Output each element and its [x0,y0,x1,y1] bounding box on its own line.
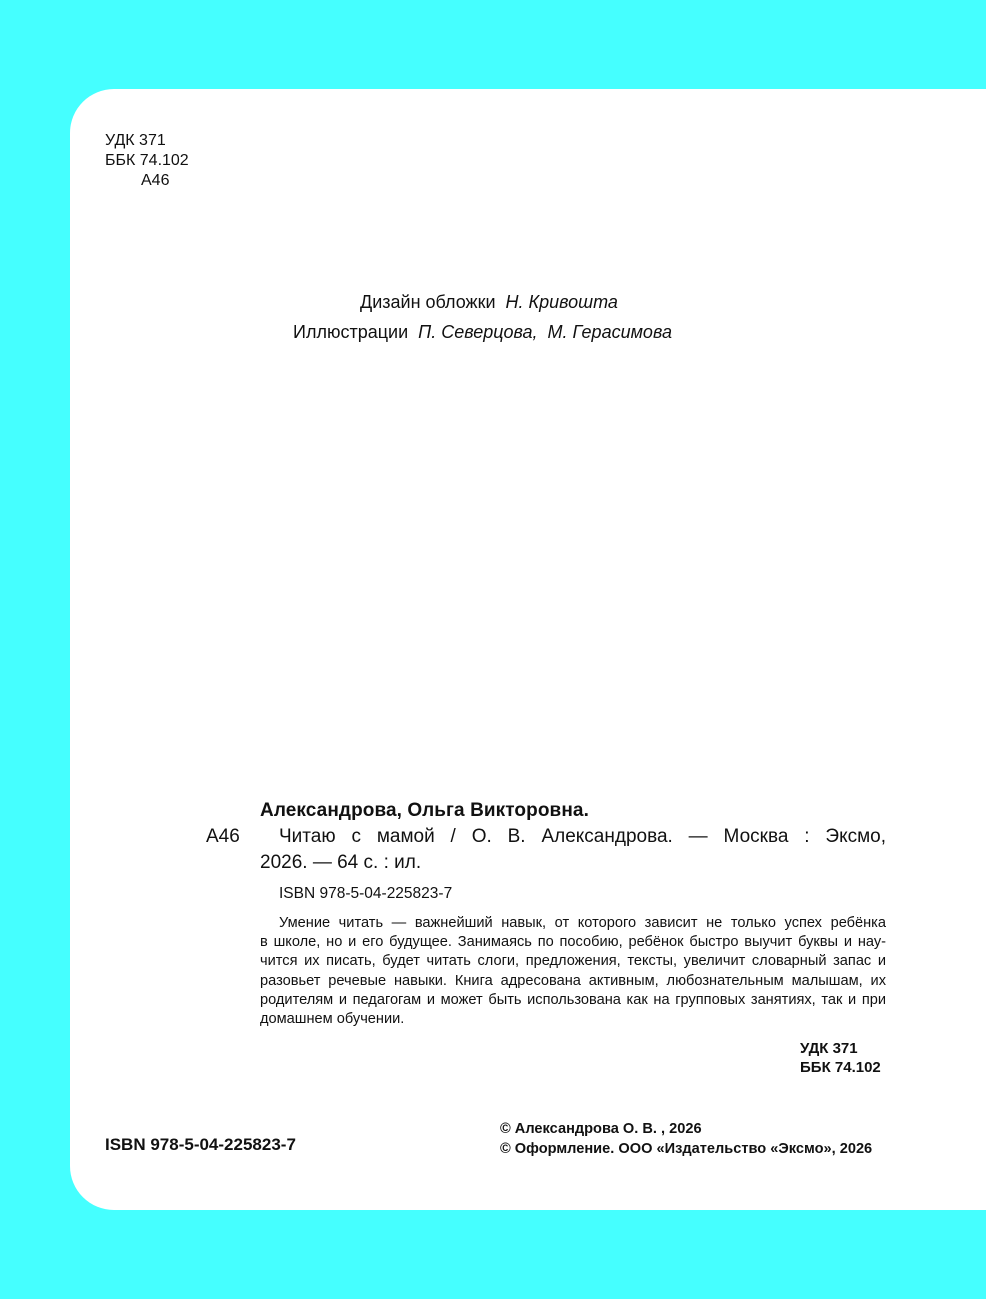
card-classification: УДК 371 ББК 74.102 [800,1039,881,1077]
cover-designer: Н. Кривошта [506,292,618,312]
annotation-line: Умение читать — важнейший навык, от кото… [260,914,886,933]
card-annotation: Умение читать — важнейший навык, от кото… [260,914,886,1029]
card-udk: УДК 371 [800,1039,881,1058]
footer-isbn: ISBN 978-5-04-225823-7 [105,1134,296,1156]
card-author: Александрова, Ольга Викторовна. [260,798,589,824]
bbk-code: ББК 74.102 [105,151,189,171]
annotation-line: родителям и педагогам и может быть испол… [260,991,886,1010]
card-publication-line: 2026. — 64 с. : ил. [260,850,421,876]
illustrations-credit: Иллюстрации П. Северцова, М. Герасимова [293,317,672,347]
card-author-sign: А46 [206,824,240,850]
annotation-line: разовьет речевые навыки. Книга адресован… [260,972,886,991]
copyright-design: © Оформление. ООО «Издательство «Эксмо»,… [500,1139,872,1159]
annotation-line: в школе, но и его будущее. Занимаясь по … [260,933,886,952]
card-bbk: ББК 74.102 [800,1058,881,1077]
udk-code: УДК 371 [105,131,189,151]
cover-design-label: Дизайн обложки [360,292,496,312]
copyright-author: © Александрова О. В. , 2026 [500,1119,872,1139]
classification-block: УДК 371 ББК 74.102 А46 [105,131,189,191]
author-sign: А46 [105,171,189,191]
annotation-line: домашнем обучении. [260,1010,886,1029]
copyright-block: © Александрова О. В. , 2026 © Оформление… [500,1119,872,1159]
illustrators: П. Северцова, М. Герасимова [418,322,672,342]
card-title-line: Читаю с мамой / О. В. Александрова. — Мо… [279,824,886,850]
illustrations-label: Иллюстрации [293,322,408,342]
card-isbn: ISBN 978-5-04-225823-7 [279,884,452,904]
annotation-line: чится их писать, будет читать слоги, пре… [260,952,886,971]
cover-design-credit: Дизайн обложки Н. Кривошта [360,287,618,317]
